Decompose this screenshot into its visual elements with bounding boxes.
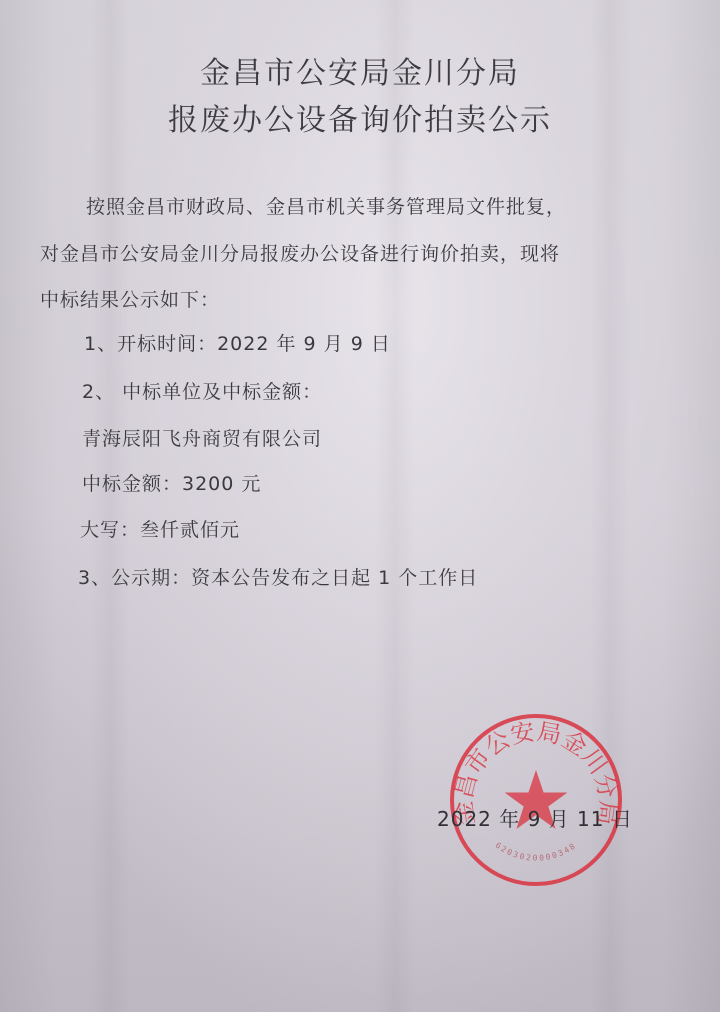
signature-date: 2022 年 9 月 11 日 (437, 803, 633, 832)
item-winner-heading: 2、 中标单位及中标金额： (82, 377, 322, 404)
intro-paragraph-line-3: 中标结果公示如下： (40, 285, 220, 312)
intro-paragraph-line-2: 对金昌市公安局金川分局报废办公设备进行询价拍卖，现将 (40, 239, 560, 266)
paper-crease (375, 0, 415, 1012)
intro-paragraph-line-1: 按照金昌市财政局、金昌市机关事务管理局文件批复， (86, 192, 566, 219)
document-title-line-2: 报废办公设备询价拍卖公示 (0, 95, 720, 139)
winner-company-name: 青海辰阳飞舟商贸有限公司 (82, 424, 322, 451)
winning-amount: 中标金额：3200 元 (82, 469, 261, 496)
svg-text:6203020000348: 6203020000348 (494, 841, 579, 863)
paper-crease (90, 0, 130, 1012)
item-bid-opening-time: 1、开标时间：2022 年 9 月 9 日 (84, 329, 391, 356)
official-seal-stamp: 金昌市公安局金川分局 6203020000348 (448, 712, 624, 888)
item-publicity-period: 3、公示期：资本公告发布之日起 1 个工作日 (78, 563, 478, 590)
document-title-line-1: 金昌市公安局金川分局 (0, 48, 720, 92)
amount-in-words: 大写：叁仟贰佰元 (80, 515, 240, 542)
seal-serial-number: 6203020000348 (494, 841, 579, 863)
